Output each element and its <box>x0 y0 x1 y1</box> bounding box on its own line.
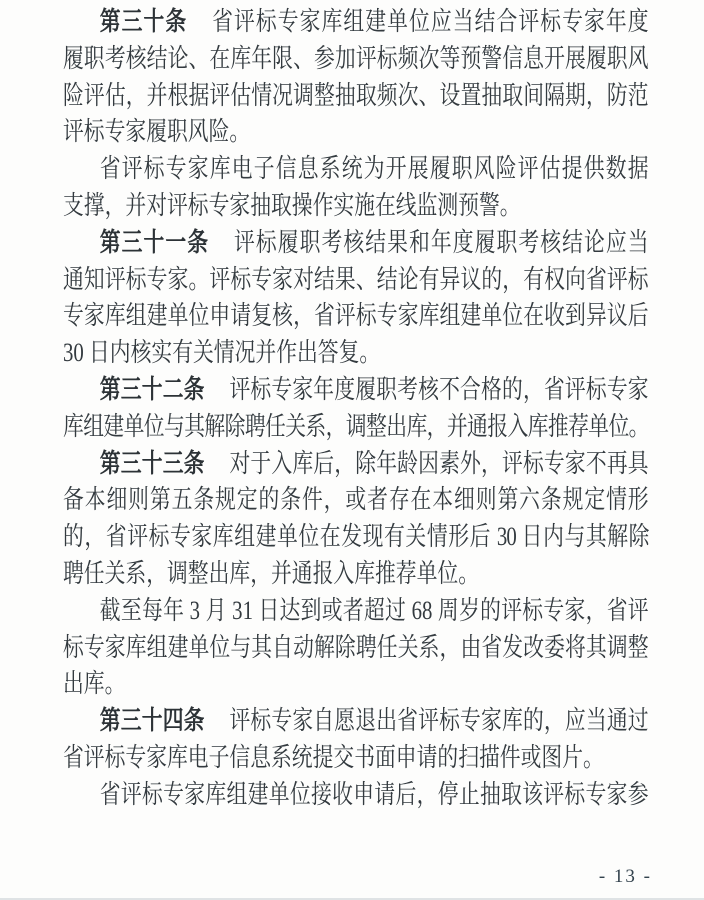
article-number: 第三十条 <box>100 7 188 36</box>
line-text: 通知评标专家。评标专家对结果、结论有异议的，有权向省评标 <box>63 265 649 294</box>
line-text: 省评标专家库电子信息系统提交书面申请的扫描件或图片。 <box>63 743 604 772</box>
line-text: 支撑，并对评标专家抽取操作实施在线监测预警。 <box>63 191 521 220</box>
line-text: 险评估，并根据评估情况调整抽取频次、设置抽取间隔期，防范 <box>63 81 649 110</box>
doc-line: 通知评标专家。评标专家对结果、结论有异议的，有权向省评标 <box>63 262 649 299</box>
line-text: 评标专家自愿退出省评标专家库的，应当通过 <box>229 706 648 735</box>
article-number: 第三十一条 <box>100 228 209 257</box>
doc-line: 的，省评标专家库组建单位在发现有关情形后 30 日内与其解除 <box>63 519 649 556</box>
doc-line: 库组建单位与其解除聘任关系，调整出库，并通报入库推荐单位。 <box>63 409 649 446</box>
doc-line: 专家库组建单位申请复核，省评标专家库组建单位在收到异议后 <box>63 298 649 335</box>
doc-line: 第三十二条评标专家年度履职考核不合格的，省评标专家 <box>63 372 649 409</box>
doc-line: 险评估，并根据评估情况调整抽取频次、设置抽取间隔期，防范 <box>63 78 649 115</box>
article-number: 第三十三条 <box>100 449 205 478</box>
line-text: 省评标专家库组建单位接收申请后，停止抽取该评标专家参 <box>100 780 649 809</box>
document-page: 第三十条省评标专家库组建单位应当结合评标专家年度 履职考核结论、在库年限、参加评… <box>0 0 704 900</box>
line-text: 标专家库组建单位与其自动解除聘任关系，由省发改委将其调整 <box>63 633 649 662</box>
line-text: 省评标专家库电子信息系统为开展履职风险评估提供数据 <box>100 154 649 183</box>
doc-line: 出库。 <box>63 666 649 703</box>
line-text: 省评标专家库组建单位应当结合评标专家年度 <box>212 7 648 36</box>
page-number: - 13 - <box>599 866 652 888</box>
line-text: 的，省评标专家库组建单位在发现有关情形后 30 日内与其解除 <box>63 522 649 551</box>
line-text: 截至每年 3 月 31 日达到或者超过 68 周岁的评标专家，省评 <box>100 596 649 625</box>
doc-line: 标专家库组建单位与其自动解除聘任关系，由省发改委将其调整 <box>63 630 649 667</box>
doc-line: 第三十三条对于入库后，除年龄因素外，评标专家不再具 <box>63 446 649 483</box>
doc-line: 第三十四条评标专家自愿退出省评标专家库的，应当通过 <box>63 703 649 740</box>
document-body: 第三十条省评标专家库组建单位应当结合评标专家年度 履职考核结论、在库年限、参加评… <box>63 4 649 814</box>
line-text: 聘任关系，调整出库，并通报入库推荐单位。 <box>63 559 479 588</box>
doc-line: 备本细则第五条规定的条件，或者存在本细则第六条规定情形 <box>63 482 649 519</box>
line-text: 专家库组建单位申请复核，省评标专家库组建单位在收到异议后 <box>63 301 649 330</box>
doc-line: 30 日内核实有关情况并作出答复。 <box>63 335 649 372</box>
line-text: 评标专家履职风险。 <box>63 117 250 146</box>
line-text: 评标履职考核结果和年度履职考核结论应当 <box>234 228 649 257</box>
line-text: 库组建单位与其解除聘任关系，调整出库，并通报入库推荐单位。 <box>63 412 649 441</box>
doc-line: 截至每年 3 月 31 日达到或者超过 68 周岁的评标专家，省评 <box>63 593 649 630</box>
doc-line: 第三十条省评标专家库组建单位应当结合评标专家年度 <box>63 4 649 41</box>
doc-line: 评标专家履职风险。 <box>63 114 649 151</box>
line-text: 履职考核结论、在库年限、参加评标频次等预警信息开展履职风 <box>63 44 649 73</box>
line-text: 30 日内核实有关情况并作出答复。 <box>63 338 380 367</box>
line-text: 备本细则第五条规定的条件，或者存在本细则第六条规定情形 <box>63 485 649 514</box>
doc-line: 支撑，并对评标专家抽取操作实施在线监测预警。 <box>63 188 649 225</box>
line-text: 评标专家年度履职考核不合格的，省评标专家 <box>229 375 648 404</box>
doc-line: 聘任关系，调整出库，并通报入库推荐单位。 <box>63 556 649 593</box>
line-text: 对于入库后，除年龄因素外，评标专家不再具 <box>229 449 648 478</box>
article-number: 第三十二条 <box>100 375 205 404</box>
doc-line: 省评标专家库电子信息系统为开展履职风险评估提供数据 <box>63 151 649 188</box>
line-text: 出库。 <box>63 669 125 698</box>
doc-line: 省评标专家库组建单位接收申请后，停止抽取该评标专家参 <box>63 777 649 814</box>
doc-line: 第三十一条评标履职考核结果和年度履职考核结论应当 <box>63 225 649 262</box>
doc-line: 履职考核结论、在库年限、参加评标频次等预警信息开展履职风 <box>63 41 649 78</box>
doc-line: 省评标专家库电子信息系统提交书面申请的扫描件或图片。 <box>63 740 649 777</box>
article-number: 第三十四条 <box>100 706 205 735</box>
